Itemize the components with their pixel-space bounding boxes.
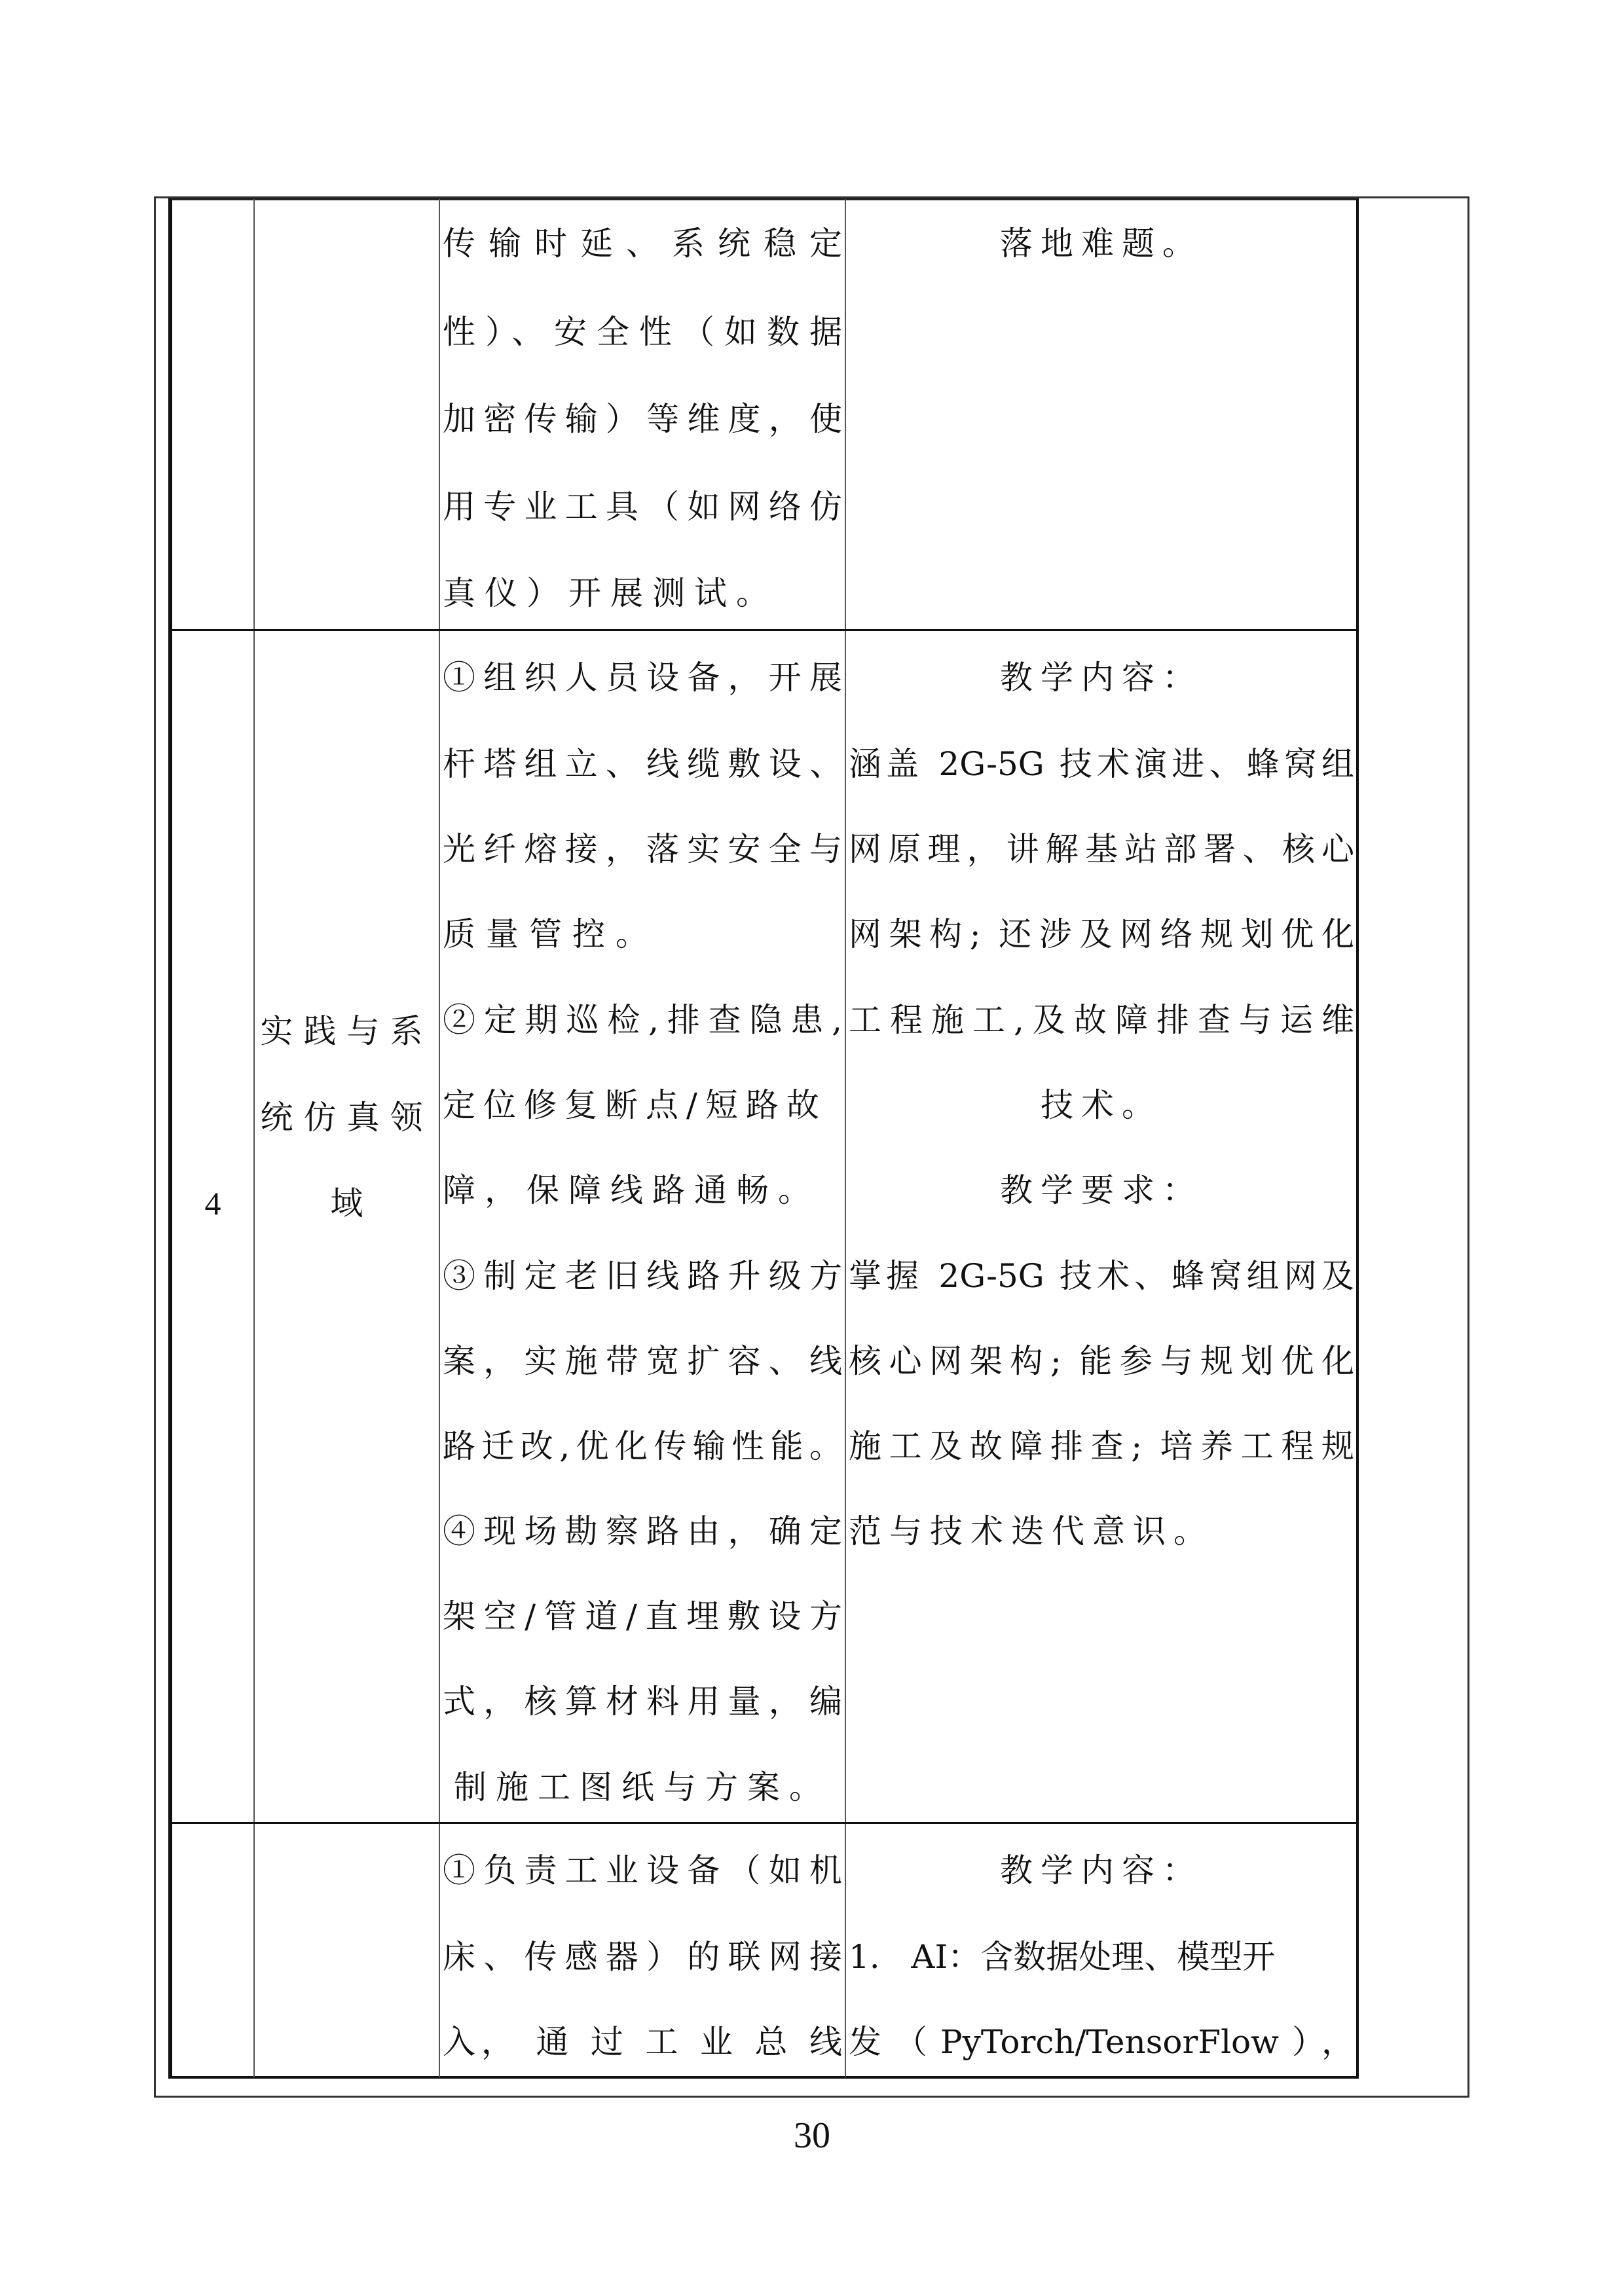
teaching-line: 网架构; 还涉及网络规划优化 bbox=[849, 915, 1354, 954]
duties-line: ③制定老旧线路升级方 bbox=[443, 1256, 842, 1296]
teaching-line: 发（PyTorch/TensorFlow）， bbox=[849, 2022, 1354, 2062]
duties-line: 架空/管道/直埋敷设方 bbox=[443, 1597, 842, 1636]
duties-line: 真仪）开展测试。 bbox=[443, 574, 778, 613]
page-number: 30 bbox=[747, 2116, 877, 2155]
duties-line: 路迁改,优化传输性能。 bbox=[443, 1427, 842, 1466]
teaching-line: 范与技术迭代意识。 bbox=[849, 1512, 1214, 1551]
duties-line: 加密传输）等维度，使 bbox=[443, 399, 842, 439]
row-index: 4 bbox=[172, 1184, 253, 1223]
duties-line: 案，实施带宽扩容、线 bbox=[443, 1341, 842, 1381]
duties-line: ①组织人员设备，开展 bbox=[443, 658, 842, 697]
teaching-line: 涵盖 2G-5G 技术演进、蜂窝组 bbox=[849, 744, 1354, 784]
column-divider-3 bbox=[845, 199, 846, 2077]
duties-line: 障，保障线路通畅。 bbox=[443, 1171, 820, 1210]
duties-line: 入， 通 过 工 业 总 线 bbox=[443, 2022, 842, 2062]
duties-line: 质量管控。 bbox=[443, 915, 659, 954]
duties-line: 杆塔组立、线缆敷设、 bbox=[443, 744, 842, 784]
teaching-line: 核心网架构; 能参与规划优化 bbox=[849, 1341, 1354, 1381]
domain-line: 统仿真领 bbox=[255, 1098, 439, 1137]
duties-line: ④现场勘察路由，确定 bbox=[443, 1512, 842, 1551]
row-divider-1 bbox=[172, 629, 1356, 631]
column-divider-2 bbox=[439, 199, 440, 2077]
teaching-line: 工程施工,及故障排查与运维 bbox=[849, 1000, 1354, 1040]
column-divider-1 bbox=[253, 199, 255, 2077]
teaching-line: 施工及故障排查; 培养工程规 bbox=[849, 1427, 1354, 1466]
teaching-heading: 教学内容： bbox=[849, 658, 1354, 697]
duties-line: 光纤熔接，落实安全与 bbox=[443, 829, 842, 869]
teaching-line: 技术。 bbox=[849, 1085, 1354, 1125]
teaching-line: 1. AI：含数据处理、模型开 bbox=[849, 1937, 1354, 1977]
duties-line: 传输时延、系统稳定 bbox=[443, 224, 842, 263]
teaching-heading: 教学内容： bbox=[849, 1851, 1354, 1890]
row-divider-2 bbox=[172, 1822, 1356, 1824]
teaching-line: 落地难题。 bbox=[849, 224, 1354, 263]
duties-line: ②定期巡检,排查隐患, bbox=[443, 1000, 842, 1040]
teaching-line: 掌握 2G-5G 技术、蜂窝组网及 bbox=[849, 1256, 1354, 1296]
duties-line: 用专业工具（如网络仿 bbox=[443, 487, 842, 526]
duties-line: 床、传感器）的联网接 bbox=[443, 1937, 842, 1977]
duties-line: 制施工图纸与方案。 bbox=[443, 1768, 842, 1807]
teaching-heading: 教学要求： bbox=[849, 1171, 1354, 1210]
duties-line: 式，核算材料用量，编 bbox=[443, 1682, 842, 1721]
teaching-line: 网原理，讲解基站部署、核心 bbox=[849, 829, 1354, 869]
duties-line: 定位修复断点/短路故 bbox=[443, 1085, 827, 1125]
duties-line: 性）、安全性（如数据 bbox=[443, 312, 842, 352]
domain-line: 实践与系 bbox=[255, 1011, 439, 1051]
duties-line: ①负责工业设备（如机 bbox=[443, 1851, 842, 1890]
domain-line: 域 bbox=[255, 1184, 439, 1223]
